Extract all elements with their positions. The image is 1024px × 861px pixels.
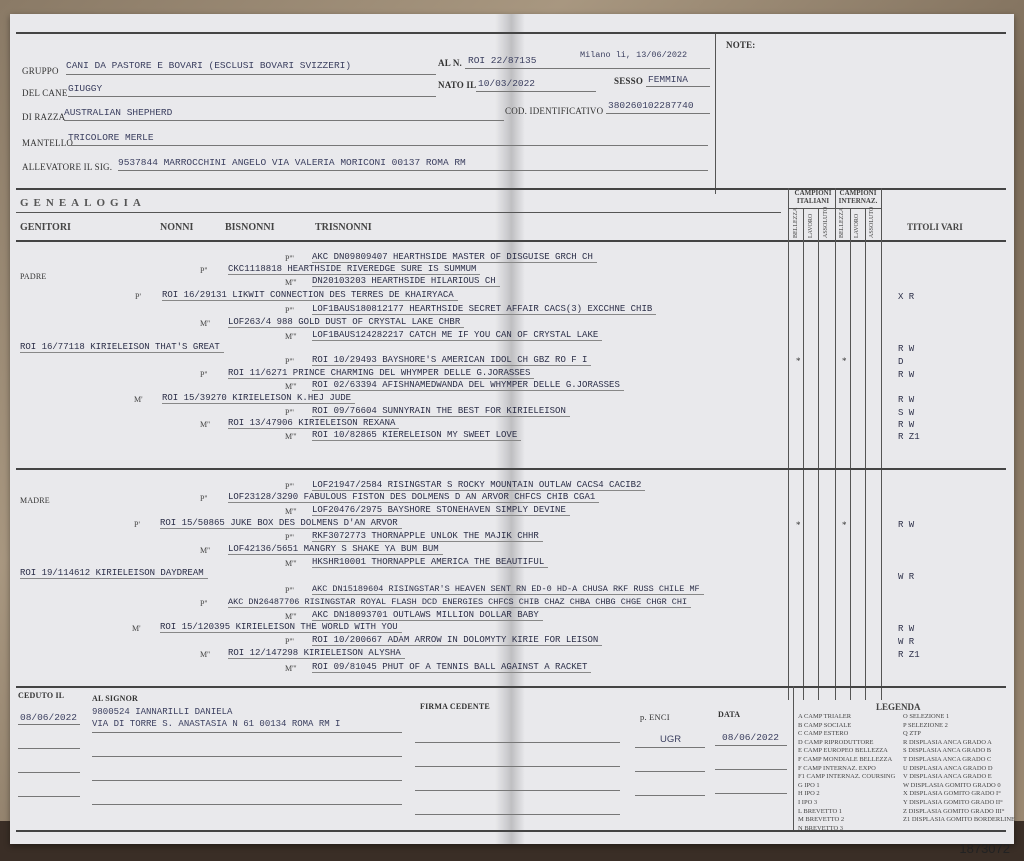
subcol-bellezza-int: BELLEZZA bbox=[839, 212, 845, 238]
underline bbox=[715, 745, 787, 746]
subcol-lavoro-int: LAVORO bbox=[854, 212, 860, 238]
underline bbox=[635, 795, 705, 796]
legend-item: Z DISPLASIA GOMITO GRADO III° bbox=[903, 808, 1015, 817]
note-label: NOTE: bbox=[726, 40, 756, 50]
underline bbox=[18, 748, 80, 749]
underline bbox=[92, 780, 402, 781]
grid-line bbox=[818, 208, 819, 700]
ceduto-label: CEDUTO IL bbox=[18, 691, 64, 700]
grid-line bbox=[835, 188, 836, 700]
row-mark: M' bbox=[132, 624, 141, 633]
underline bbox=[715, 793, 787, 794]
aln-label: AL N. bbox=[438, 58, 462, 68]
underline bbox=[66, 74, 436, 75]
ancestor-entry: ROI 02/63394 AFISHNAMEDWANDA DEL WHYMPER… bbox=[312, 380, 624, 391]
nato-label: NATO IL bbox=[438, 80, 476, 90]
divider bbox=[16, 240, 1006, 242]
ancestor-entry: LOF20476/2975 BAYSHORE STONEHAVEN SIMPLY… bbox=[312, 505, 570, 516]
row-mark: M''' bbox=[285, 507, 296, 516]
legend-item: B CAMP SOCIALE bbox=[798, 722, 895, 731]
ancestor-entry: LOF263/4 988 GOLD DUST OF CRYSTAL LAKE C… bbox=[228, 317, 464, 328]
mantello-value: TRICOLORE MERLE bbox=[68, 132, 154, 143]
legend-item: T DISPLASIA ANCA GRADO C bbox=[903, 756, 1015, 765]
row-mark: M'' bbox=[200, 319, 210, 328]
row-mark: P' bbox=[135, 292, 141, 301]
underline bbox=[18, 724, 80, 725]
cod-label: COD. IDENTIFICATIVO bbox=[505, 106, 603, 116]
ancestor-entry: HKSHR10001 THORNAPPLE AMERICA THE BEAUTI… bbox=[312, 557, 548, 568]
legend-item: D CAMP RIPRODUTTORE bbox=[798, 739, 895, 748]
titoli-value: R Z1 bbox=[898, 650, 920, 660]
gruppo-value: CANI DA PASTORE E BOVARI (ESCLUSI BOVARI… bbox=[66, 60, 351, 71]
grid-line bbox=[788, 188, 789, 700]
col-bisnonni: BISNONNI bbox=[225, 222, 274, 233]
legend-item: R DISPLASIA ANCA GRADO A bbox=[903, 739, 1015, 748]
legend-item: Z1 DISPLASIA GOMITO BORDERLINE bbox=[903, 816, 1015, 825]
row-mark: P'' bbox=[200, 494, 207, 503]
ancestor-entry: ROI 09/76604 SUNNYRAIN THE BEST FOR KIRI… bbox=[312, 406, 570, 417]
subcol-assoluto-int: ASSOLUTO bbox=[869, 212, 875, 238]
ancestor-entry: ROI 16/29131 LIKWIT CONNECTION DES TERRE… bbox=[162, 290, 458, 301]
titoli-value: R W bbox=[898, 520, 914, 530]
row-mark: P'' bbox=[200, 370, 207, 379]
titoli-value: D bbox=[898, 357, 903, 367]
ancestor-entry: LOF21947/2584 RISINGSTAR S ROCKY MOUNTAI… bbox=[312, 480, 645, 491]
ancestor-entry: AKC DN09809407 HEARTHSIDE MASTER OF DISG… bbox=[312, 252, 597, 263]
nato-value: 10/03/2022 bbox=[478, 78, 535, 89]
legend-item: P SELEZIONE 2 bbox=[903, 722, 1015, 731]
grid-line bbox=[881, 188, 882, 700]
penci-label: p. ENCI bbox=[640, 712, 670, 722]
underline bbox=[415, 790, 620, 791]
titoli-value: R W bbox=[898, 395, 914, 405]
underline bbox=[64, 120, 504, 121]
titoli-value: W R bbox=[898, 637, 914, 647]
underline bbox=[476, 91, 596, 92]
legend-item: A CAMP TRIALER bbox=[798, 713, 895, 722]
data-value: 08/06/2022 bbox=[722, 732, 779, 743]
underline bbox=[415, 814, 620, 815]
al-signor-label: AL SIGNOR bbox=[92, 694, 138, 703]
padre-label: PADRE bbox=[20, 272, 47, 281]
underline bbox=[118, 170, 708, 171]
underline bbox=[68, 145, 708, 146]
grid-line bbox=[850, 208, 851, 700]
row-mark: P''' bbox=[285, 306, 294, 315]
subcol-assoluto-it: ASSOLUTO bbox=[823, 212, 829, 238]
section-divider bbox=[16, 686, 1006, 688]
ancestor-entry: ROI 10/200667 ADAM ARROW IN DOLOMYTY KIR… bbox=[312, 635, 602, 646]
titoli-value: X R bbox=[898, 292, 914, 302]
row-mark: P' bbox=[134, 520, 140, 529]
place-date: Milano li, 13/06/2022 bbox=[580, 50, 687, 60]
row-mark: M'' bbox=[200, 420, 210, 429]
genealogia-title: GENEALOGIA bbox=[20, 197, 146, 209]
al-signor-line1: 9800524 IANNARILLI DANIELA bbox=[92, 707, 232, 717]
campioni-italiani-header: CAMPIONI ITALIANI bbox=[790, 189, 836, 205]
titoli-value: R W bbox=[898, 420, 914, 430]
ancestor-entry: CKC1118818 HEARTHSIDE RIVEREDGE SURE IS … bbox=[228, 264, 480, 275]
champion-star: * bbox=[842, 356, 847, 366]
aln-value: ROI 22/87135 bbox=[468, 55, 536, 66]
grid-line bbox=[803, 208, 804, 700]
row-mark: P''' bbox=[285, 482, 294, 491]
razza-label: DI RAZZA bbox=[22, 112, 65, 122]
titoli-value: R Z1 bbox=[898, 432, 920, 442]
legend-right-list: O SELEZIONE 1 P SELEZIONE 2 Q ZTP R DISP… bbox=[903, 713, 1015, 825]
underline bbox=[635, 771, 705, 772]
legend-left-list: A CAMP TRIALER B CAMP SOCIALE C CAMP EST… bbox=[798, 713, 895, 833]
subcol-lavoro-it: LAVORO bbox=[808, 212, 814, 238]
row-mark: P'' bbox=[200, 599, 207, 608]
legend-item: I IPO 3 bbox=[798, 799, 895, 808]
ancestor-entry: ROI 11/6271 PRINCE CHARMING DEL WHYMPER … bbox=[228, 368, 534, 379]
row-mark: M' bbox=[134, 395, 143, 404]
row-mark: M''' bbox=[285, 559, 296, 568]
ancestor-entry: AKC DN15189604 RISINGSTAR'S HEAVEN SENT … bbox=[312, 584, 704, 595]
legend-item: W DISPLASIA GOMITO GRADO 0 bbox=[903, 782, 1015, 791]
padre-madre-divider bbox=[16, 468, 1006, 470]
row-mark: M''' bbox=[285, 332, 296, 341]
col-nonni: NONNI bbox=[160, 222, 193, 233]
legend-item: S DISPLASIA ANCA GRADO B bbox=[903, 747, 1015, 756]
champion-star: * bbox=[842, 520, 847, 530]
legend-item: F1 CAMP INTERNAZ. COURSING bbox=[798, 773, 895, 782]
row-mark: P''' bbox=[285, 533, 294, 542]
madre-label: MADRE bbox=[20, 496, 50, 505]
titoli-vari-header: TITOLI VARI bbox=[907, 222, 963, 232]
underline bbox=[635, 747, 705, 748]
row-mark: P''' bbox=[285, 408, 294, 417]
row-mark: P''' bbox=[285, 357, 294, 366]
row-mark: M''' bbox=[285, 664, 296, 673]
razza-value: AUSTRALIAN SHEPHERD bbox=[64, 107, 172, 118]
underline bbox=[18, 796, 80, 797]
ancestor-entry: AKC DN18093701 OUTLAWS MILLION DOLLAR BA… bbox=[312, 610, 543, 621]
ancestor-entry: LOF23128/3290 FABULOUS FISTON DES DOLMEN… bbox=[228, 492, 599, 503]
legend-item: L BREVETTO 1 bbox=[798, 808, 895, 817]
data-label: DATA bbox=[718, 710, 740, 719]
legend-item: M BREVETTO 2 bbox=[798, 816, 895, 825]
underline bbox=[465, 68, 710, 69]
gruppo-label: GRUPPO bbox=[22, 66, 59, 76]
row-mark: P'' bbox=[200, 266, 207, 275]
underline bbox=[646, 86, 710, 87]
al-signor-line2: VIA DI TORRE S. ANASTASIA N 61 00134 ROM… bbox=[92, 719, 340, 729]
legend-item: E CAMP EUROPEO BELLEZZA bbox=[798, 747, 895, 756]
allevatore-label: ALLEVATORE IL SIG. bbox=[22, 162, 112, 172]
row-mark: M''' bbox=[285, 432, 296, 441]
subcol-bellezza-it: BELLEZZA bbox=[793, 212, 799, 238]
underline bbox=[92, 804, 402, 805]
row-mark: M''' bbox=[285, 382, 296, 391]
legend-item: V DISPLASIA ANCA GRADO E bbox=[903, 773, 1015, 782]
col-genitori: GENITORI bbox=[20, 222, 71, 233]
ancestor-entry: ROI 15/39270 KIRIELEISON K.HEJ JUDE bbox=[162, 393, 355, 404]
ancestor-entry: LOF1BAUS124282217 CATCH ME IF YOU CAN OF… bbox=[312, 330, 602, 341]
underline bbox=[415, 766, 620, 767]
ancestor-entry: AKC DN26487706 RISINGSTAR ROYAL FLASH DC… bbox=[228, 597, 691, 608]
row-mark: P''' bbox=[285, 586, 294, 595]
campioni-internaz-header: CAMPIONI INTERNAZ. bbox=[836, 189, 880, 205]
legend-item: U DISPLASIA ANCA GRADO D bbox=[903, 765, 1015, 774]
underline bbox=[92, 732, 402, 733]
ancestor-entry: LOF42136/5651 MANGRY S SHAKE YA BUM BUM bbox=[228, 544, 443, 555]
firma-cedente-line[interactable] bbox=[415, 742, 620, 743]
ancestor-entry: RKF3072773 THORNAPPLE UNLOK THE MAJIK CH… bbox=[312, 531, 543, 542]
ancestor-entry: ROI 09/81045 PHUT OF A TENNIS BALL AGAIN… bbox=[312, 662, 591, 673]
legend-item: X DISPLASIA GOMITO GRADO I° bbox=[903, 790, 1015, 799]
dam-name: ROI 19/114612 KIRIELEISON DAYDREAM bbox=[20, 568, 208, 579]
sire-name: ROI 16/77118 KIRIELEISON THAT'S GREAT bbox=[20, 342, 224, 353]
pedigree-document: GRUPPO CANI DA PASTORE E BOVARI (ESCLUSI… bbox=[10, 14, 1014, 844]
ancestor-entry: ROI 15/120395 KIRIELEISON THE WORLD WITH… bbox=[160, 622, 402, 633]
row-mark: P''' bbox=[285, 637, 294, 646]
del-cane-value: GIUGGY bbox=[68, 83, 102, 94]
ancestor-entry: ROI 15/50865 JUKE BOX DES DOLMENS D'AN A… bbox=[160, 518, 402, 529]
row-mark: M'' bbox=[200, 650, 210, 659]
sesso-label: SESSO bbox=[614, 76, 643, 86]
underline bbox=[68, 96, 436, 97]
titoli-value: R W bbox=[898, 344, 914, 354]
sesso-value: FEMMINA bbox=[648, 74, 688, 85]
legend-item: H IPO 2 bbox=[798, 790, 895, 799]
underline bbox=[606, 113, 710, 114]
champion-star: * bbox=[796, 520, 801, 530]
serial-number: 1873072 bbox=[959, 841, 1010, 856]
ancestor-entry: DN20103203 HEARTHSIDE HILARIOUS CH bbox=[312, 276, 500, 287]
row-mark: P''' bbox=[285, 254, 294, 263]
legend-item: Y DISPLASIA GOMITO GRADO II° bbox=[903, 799, 1015, 808]
grid-line bbox=[865, 208, 866, 700]
bottom-border bbox=[16, 830, 1006, 832]
legend-item: G IPO 1 bbox=[798, 782, 895, 791]
legend-item: C CAMP ESTERO bbox=[798, 730, 895, 739]
titoli-value: S W bbox=[898, 408, 914, 418]
legenda-title: LEGENDA bbox=[876, 702, 921, 712]
ancestor-entry: ROI 12/147298 KIRIELEISON ALYSHA bbox=[228, 648, 405, 659]
divider bbox=[16, 212, 781, 213]
row-mark: M''' bbox=[285, 278, 296, 287]
allevatore-value: 9537844 MARROCCHINI ANGELO VIA VALERIA M… bbox=[118, 157, 466, 168]
row-mark: M''' bbox=[285, 612, 296, 621]
underline bbox=[18, 772, 80, 773]
underline bbox=[92, 756, 402, 757]
ancestor-entry: LOF1BAUS180812177 HEARTHSIDE SECRET AFFA… bbox=[312, 304, 656, 315]
row-mark: M'' bbox=[200, 546, 210, 555]
titoli-value: W R bbox=[898, 572, 914, 582]
underline bbox=[715, 769, 787, 770]
legend-item: O SELEZIONE 1 bbox=[903, 713, 1015, 722]
ancestor-entry: ROI 10/82865 KIERELEISON MY SWEET LOVE bbox=[312, 430, 521, 441]
legend-divider bbox=[793, 686, 794, 832]
titoli-value: R W bbox=[898, 370, 914, 380]
titoli-value: R W bbox=[898, 624, 914, 634]
del-cane-label: DEL CANE bbox=[22, 88, 68, 98]
cod-value: 380260102287740 bbox=[608, 100, 694, 111]
divider bbox=[715, 34, 716, 194]
ceduto-value: 08/06/2022 bbox=[20, 712, 77, 723]
legend-item: F CAMP INTERNAZ. EXPO bbox=[798, 765, 895, 774]
legend-item: Q ZTP bbox=[903, 730, 1015, 739]
firma-cedente-label: FIRMA CEDENTE bbox=[420, 702, 490, 711]
mantello-label: MANTELLO bbox=[22, 138, 73, 148]
ancestor-entry: ROI 13/47906 KIRIELEISON REXANA bbox=[228, 418, 399, 429]
col-trisnonni: TRISNONNI bbox=[315, 222, 372, 233]
penci-value: UGR bbox=[660, 734, 681, 745]
ancestor-entry: ROI 10/29493 BAYSHORE'S AMERICAN IDOL CH… bbox=[312, 355, 591, 366]
legend-item: F CAMP MONDIALE BELLEZZA bbox=[798, 756, 895, 765]
champion-star: * bbox=[796, 356, 801, 366]
